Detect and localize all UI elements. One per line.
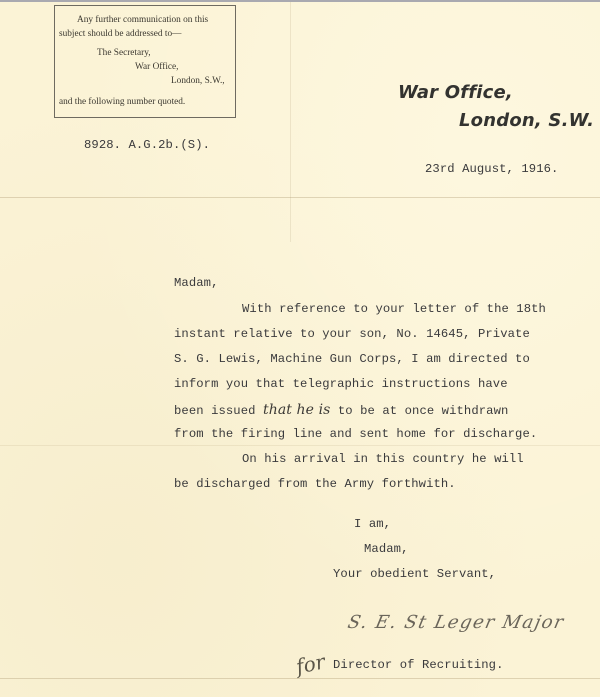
body-text: been issued (174, 404, 256, 418)
notice-line: subject should be addressed to— (59, 27, 181, 41)
salutation: Madam, (174, 276, 218, 290)
closing-line: Madam, (364, 542, 408, 556)
paper-fold (290, 2, 291, 242)
body-line: S. G. Lewis, Machine Gun Corps, I am dir… (174, 352, 530, 366)
letterhead-line1: War Office, (398, 82, 513, 103)
body-line: inform you that telegraphic instructions… (174, 377, 508, 391)
notice-line: Any further communication on this (77, 13, 208, 27)
notice-line: The Secretary, (97, 46, 151, 60)
closing-line: I am, (354, 517, 391, 531)
letter-date: 23rd August, 1916. (425, 162, 558, 176)
body-line: be discharged from the Army forthwith. (174, 477, 456, 491)
body-line: from the firing line and sent home for d… (174, 427, 537, 441)
body-line: On his arrival in this country he will (242, 452, 524, 466)
handwritten-insertion: that he is (263, 402, 330, 418)
correspondence-notice-box: Any further communication on this subjec… (54, 5, 236, 118)
letter-page: Any further communication on this subjec… (0, 2, 600, 697)
letterhead-line2: London, S.W. (459, 110, 594, 131)
handwritten-for-mark: for (294, 649, 327, 679)
reference-number: 8928. A.G.2b.(S). (84, 138, 210, 152)
notice-line: War Office, (135, 60, 178, 74)
paper-fold (0, 445, 600, 446)
paper-fold (0, 197, 600, 198)
notice-line: and the following number quoted. (59, 95, 185, 109)
handwritten-signature: S. E. St Leger Major (346, 612, 567, 633)
body-line: instant relative to your son, No. 14645,… (174, 327, 530, 341)
body-line: With reference to your letter of the 18t… (242, 302, 546, 316)
closing-line: Your obedient Servant, (333, 567, 496, 581)
signatory-title: Director of Recruiting. (333, 658, 504, 672)
body-line: been issued that he is to be at once wit… (174, 402, 508, 418)
notice-line: London, S.W., (171, 74, 225, 88)
body-text: to be at once withdrawn (338, 404, 509, 418)
